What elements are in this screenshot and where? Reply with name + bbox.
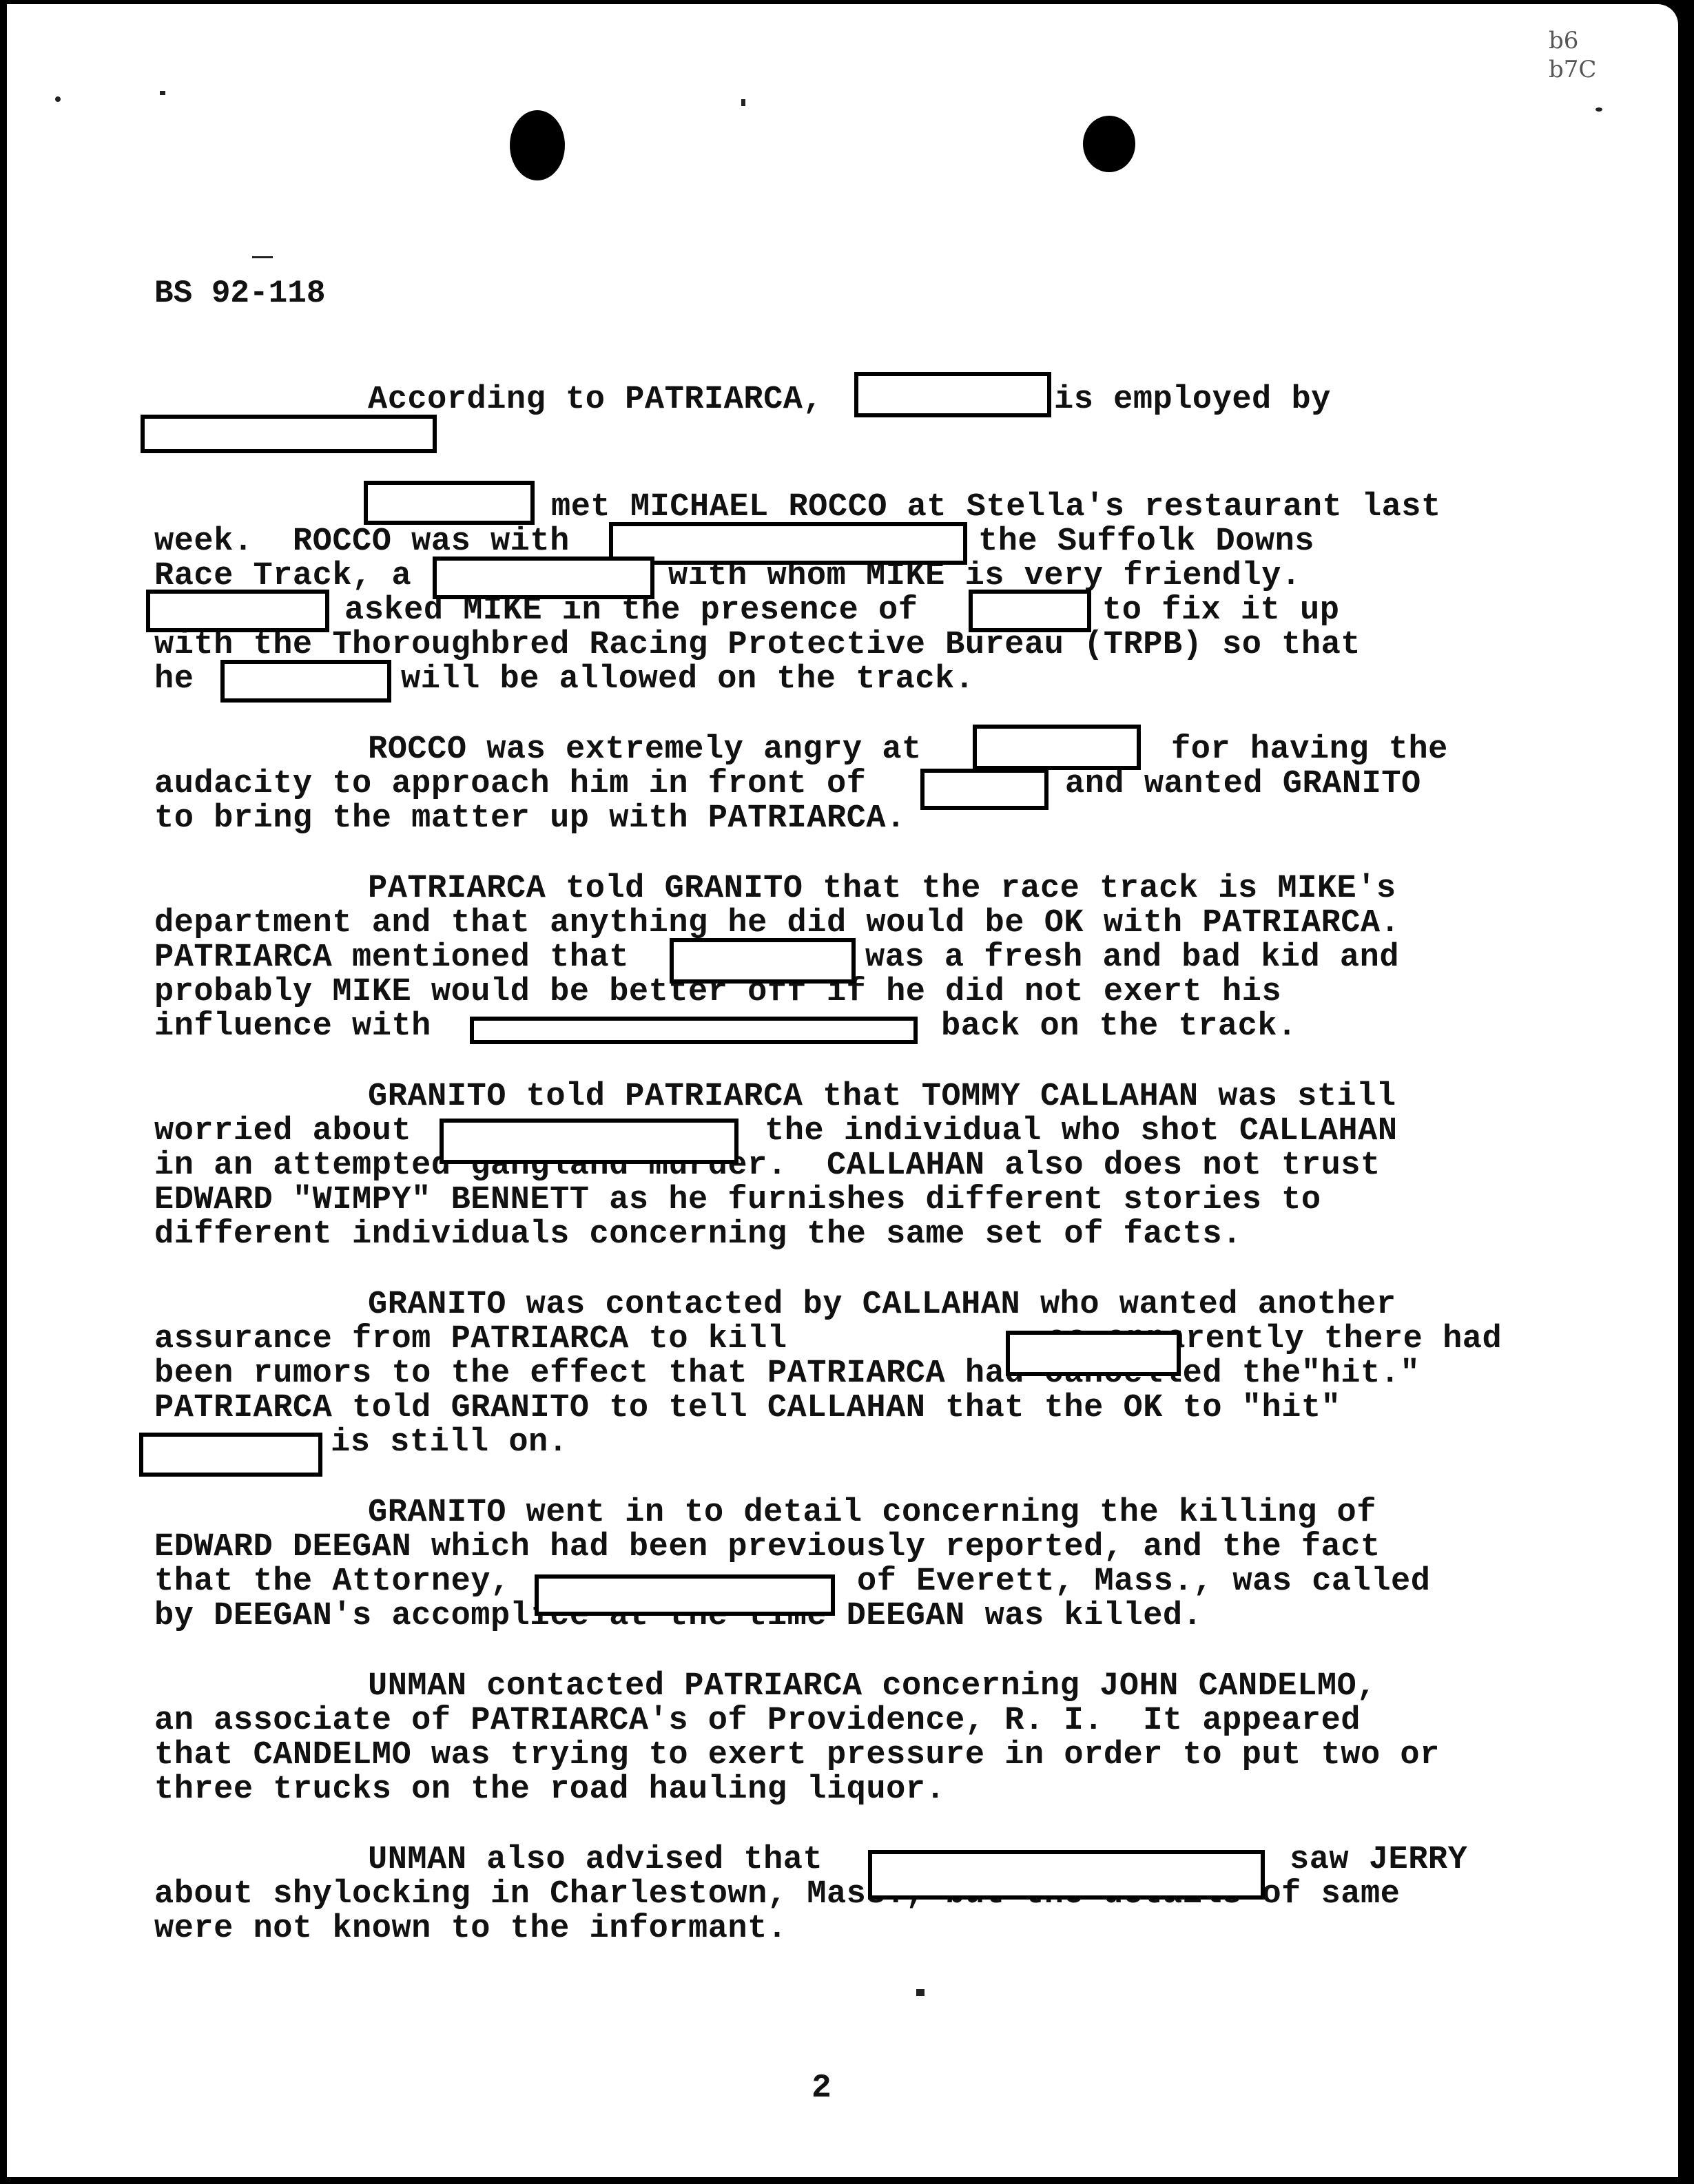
punch-hole-right: [1083, 116, 1135, 172]
scan-speck: [741, 99, 745, 106]
redaction-box: [609, 522, 967, 565]
text-line: PATRIARCA told GRANITO that the race tra…: [368, 872, 1396, 906]
text-line: worried about: [154, 1114, 411, 1149]
redaction-box: [854, 372, 1051, 417]
scan-speck: [252, 256, 273, 258]
redaction-box: [868, 1850, 1265, 1900]
text-line: that the Attorney,: [154, 1565, 510, 1599]
text-line: According to PATRIARCA,: [368, 383, 823, 417]
text-line: will be allowed on the track.: [401, 663, 974, 697]
text-line: audacity to approach him in front of: [154, 767, 866, 802]
text-line: EDWARD "WIMPY" BENNETT as he furnishes d…: [154, 1183, 1321, 1218]
redaction-box: [973, 725, 1141, 770]
text-line: influence with: [154, 1010, 431, 1044]
text-line: GRANITO was contacted by CALLAHAN who wa…: [368, 1288, 1396, 1322]
text-line: to fix it up: [1102, 594, 1339, 628]
text-line: UNMAN also advised that: [368, 1843, 823, 1878]
text-line: PATRIARCA mentioned that: [154, 941, 629, 975]
text-line: to bring the matter up with PATRIARCA.: [154, 802, 906, 836]
text-line: department and that anything he did woul…: [154, 906, 1400, 941]
redaction-box: [141, 415, 437, 453]
redaction-box: [535, 1574, 835, 1616]
scan-border-bottom: [0, 2178, 1694, 2184]
scan-speck: [160, 91, 165, 95]
redaction-box: [920, 769, 1049, 810]
text-line: UNMAN contacted PATRIARCA concerning JOH…: [368, 1670, 1376, 1704]
text-line: week. ROCCO was with: [154, 525, 570, 559]
text-line: the Suffolk Downs: [978, 525, 1314, 559]
redaction-box: [146, 590, 329, 632]
text-line: with the Thoroughbred Racing Protective …: [154, 628, 1361, 663]
text-line: an associate of PATRIARCA's of Providenc…: [154, 1704, 1361, 1738]
text-line: met MICHAEL ROCCO at Stella's restaurant…: [551, 490, 1441, 525]
redaction-box: [470, 1017, 918, 1044]
text-line: GRANITO told PATRIARCA that TOMMY CALLAH…: [368, 1080, 1396, 1114]
page-number: 2: [812, 2070, 831, 2107]
redaction-box: [440, 1119, 738, 1164]
scan-speck: [1595, 107, 1602, 112]
text-line: assurance from PATRIARCA to kill: [154, 1322, 787, 1357]
text-line: is employed by: [1054, 383, 1331, 417]
redaction-box: [969, 590, 1091, 632]
text-line: been rumors to the effect that PATRIARCA…: [154, 1357, 1420, 1391]
text-line: was a fresh and bad kid and: [865, 941, 1399, 975]
scan-speck: [916, 1989, 925, 1996]
redaction-box: [364, 481, 535, 525]
scan-speck: [55, 96, 61, 102]
redaction-box: [1006, 1331, 1181, 1376]
exemption-stamp: b6 b7C: [1549, 26, 1596, 84]
text-line: back on the track.: [941, 1010, 1297, 1044]
text-line: that CANDELMO was trying to exert pressu…: [154, 1738, 1440, 1773]
redaction-box: [139, 1433, 322, 1477]
text-line: PATRIARCA told GRANITO to tell CALLAHAN …: [154, 1391, 1341, 1426]
text-line: Race Track, a: [154, 559, 411, 594]
text-line: is still on.: [331, 1426, 568, 1460]
redaction-box: [433, 557, 654, 599]
scan-border-right: [1682, 0, 1694, 2184]
text-line: in an attempted gangland murder. CALLAHA…: [154, 1149, 1381, 1183]
file-number: BS 92-118: [154, 275, 325, 311]
text-line: he: [154, 663, 194, 697]
text-line: GRANITO went in to detail concerning the…: [368, 1496, 1376, 1530]
text-line: ROCCO was extremely angry at: [368, 733, 922, 767]
text-line: the individual who shot CALLAHAN: [765, 1114, 1398, 1149]
text-line: three trucks on the road hauling liquor.: [154, 1773, 945, 1807]
redaction-box: [220, 660, 391, 703]
text-line: for having the: [1171, 733, 1448, 767]
text-line: saw JERRY: [1290, 1843, 1467, 1878]
exemption-code: b6: [1549, 26, 1596, 55]
text-line: of Everett, Mass., was called: [857, 1565, 1430, 1599]
text-line: and wanted GRANITO: [1065, 767, 1421, 802]
exemption-code: b7C: [1549, 55, 1596, 84]
redaction-box: [670, 938, 856, 984]
punch-hole-left: [510, 110, 565, 180]
text-line: EDWARD DEEGAN which had been previously …: [154, 1530, 1381, 1565]
text-line: were not known to the informant.: [154, 1912, 787, 1946]
text-line: different individuals concerning the sam…: [154, 1218, 1242, 1252]
